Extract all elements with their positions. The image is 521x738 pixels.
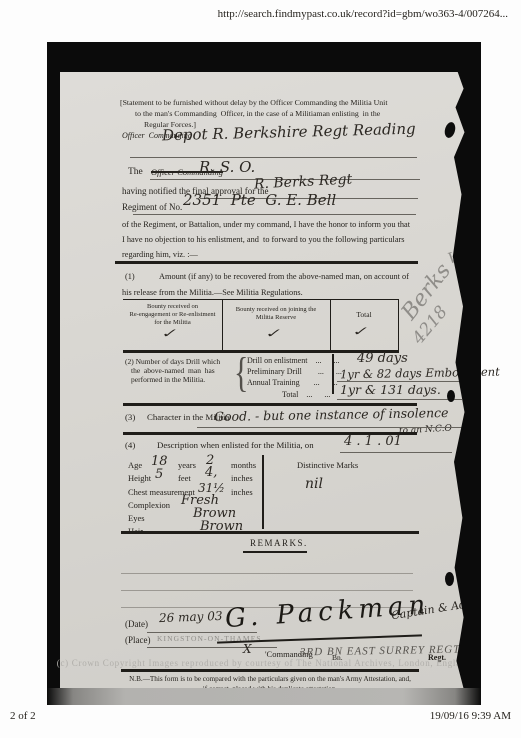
description-when-enlisted-label: Description when enlisted for the Militi… [157, 441, 314, 451]
table-column-divider [330, 299, 331, 352]
complexion-label: Complexion [128, 501, 170, 511]
print-timestamp: 19/09/16 9:39 AM [430, 710, 511, 722]
page-indicator: 2 of 2 [10, 710, 36, 722]
paper-damage-mark [445, 572, 454, 586]
distinctive-marks-value: nil [305, 477, 323, 493]
annual-training-label: Annual Training ... ... [247, 379, 338, 388]
height-inches-value: 4, [205, 466, 217, 481]
the-label: The [128, 167, 143, 178]
distinctive-marks-label: Distinctive Marks [297, 461, 358, 471]
eyes-label: Eyes [128, 514, 145, 524]
preliminary-drill-label: Preliminary Drill ... ... [247, 368, 342, 377]
ruled-line [197, 427, 470, 428]
regiment-no-value: 2351 Pte G. E. Bell [183, 192, 336, 209]
tick-mark: ✓ [158, 327, 179, 341]
item2-label-line3: performed in the Militia. [131, 376, 205, 384]
nb-line1: N.B.—This form is to be compared with th… [121, 675, 419, 683]
statement-header-line1: [Statement to be furnished without delay… [120, 99, 388, 108]
table-header-total: Total [332, 311, 396, 319]
ruled-line [337, 399, 462, 400]
tick-mark: ✓ [349, 325, 370, 339]
description-divider [262, 455, 264, 529]
ruled-line [130, 157, 417, 158]
feet-label: feet [178, 474, 191, 484]
section-divider [115, 261, 418, 264]
table-border-top [123, 299, 399, 300]
scan-bottom-edge [47, 688, 481, 705]
body-line1: of the Regiment, or Battalion, under my … [122, 220, 410, 229]
crown-copyright-watermark: (c) Crown Copyright Images reproduced by… [55, 658, 473, 668]
remarks-underline [243, 551, 307, 553]
ruled-line [147, 647, 277, 648]
drill-on-enlistment-label: Drill on enlistment ... ... [247, 357, 339, 366]
inches-label: inches [231, 474, 253, 484]
drill-on-enlistment-value: 49 days [357, 352, 408, 367]
enlistment-date-value: 4 . 1 . 01 [344, 435, 402, 450]
ruled-line [340, 452, 452, 453]
table-header-reserve-bounty: Bounty received on joining the Militia R… [224, 306, 328, 322]
browser-url: http://search.findmypast.co.uk/record?id… [218, 8, 508, 20]
item4-number: (4) [125, 441, 135, 451]
years-label: years [178, 461, 196, 471]
age-label: Age [128, 461, 142, 471]
body-line3: regarding him, viz. :— [122, 250, 198, 259]
table-column-divider [222, 299, 223, 352]
remarks-ruled-line [121, 573, 413, 574]
ruled-line [133, 214, 416, 215]
table-header-reengagement-bounty: Bounty received on Re-engagement or Re-e… [125, 303, 220, 327]
months-label: months [231, 461, 256, 471]
date-label: (Date) [125, 619, 148, 629]
drill-total-value: 1yr & 131 days. [340, 383, 441, 397]
chest-unit-label: inches [231, 488, 253, 498]
body-line2: I have no objection to his enlistment, a… [122, 235, 405, 244]
section-divider [121, 531, 419, 534]
drill-value-divider [332, 354, 334, 394]
rso-value: R. S. O. [199, 159, 255, 176]
height-label: Height [128, 474, 151, 484]
statement-header-line2: to the man's Commanding Officer, in the … [135, 110, 380, 119]
remarks-heading: REMARKS. [250, 538, 308, 548]
item1-line1: Amount (if any) to be recovered from the… [159, 272, 409, 281]
item1-number: (1) [125, 272, 135, 281]
item3-number: (3) [125, 413, 135, 423]
place-label: (Place) [125, 635, 150, 645]
tick-mark: ✓ [262, 327, 283, 341]
drill-total-label: Total ... ... [282, 391, 330, 400]
date-value: 26 may 03 [159, 610, 223, 626]
regiment-no-label: Regiment of No. [122, 202, 182, 212]
scanned-record-image: [Statement to be furnished without delay… [47, 42, 481, 705]
item1-line2: his release from the Militia.—See Militi… [122, 288, 303, 297]
height-feet-value: 5 [155, 468, 163, 483]
remarks-ruled-line [121, 590, 413, 591]
crossing-mark: X [243, 643, 252, 656]
section-divider [121, 669, 419, 672]
paper-damage-mark [447, 390, 455, 402]
